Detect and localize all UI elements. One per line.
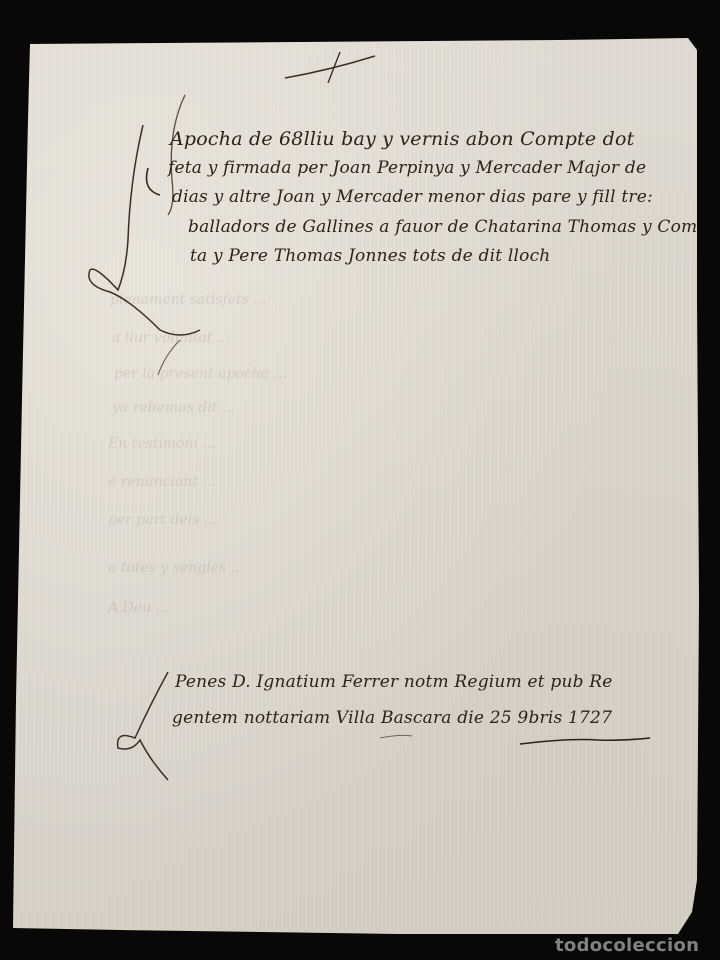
bleed-through-line: per la present apocha ... [114,366,287,382]
top-entry-line: feta y firmada per Joan Perpinya y Merca… [168,158,646,178]
bleed-through-line: ya rebemos dit ... [112,400,235,416]
top-entry-line: Apocha de 68lliu bay y vernis abon Compt… [170,128,634,150]
bleed-through-line: A Deu ... [108,600,169,616]
bleed-through-line: per part dels ... [108,512,217,528]
top-entry-line: balladors de Gallines a fauor de Chatari… [188,217,697,237]
photo-frame: plenament satisfets ... a llur voluntat … [0,0,720,960]
bleed-through-line: a totes y sengles ... [108,560,244,576]
bleed-through-line: a llur voluntat ... [112,330,230,346]
top-entry-line: dias y altre Joan y Mercader menor dias … [172,187,653,207]
watermark: todocoleccion [555,935,699,956]
bottom-entry-line: Penes D. Ignatium Ferrer notm Regium et … [175,672,613,692]
bottom-entry-line: gentem nottariam Villa Bascara die 25 9b… [172,708,612,728]
bleed-through-line: e renunciant ... [108,474,216,490]
bleed-through-line: plenament satisfets ... [110,292,267,308]
bleed-through-line: En testimoni ... [108,436,216,452]
top-entry-line: ta y Pere Thomas Jonnes tots de dit lloc… [190,246,550,266]
